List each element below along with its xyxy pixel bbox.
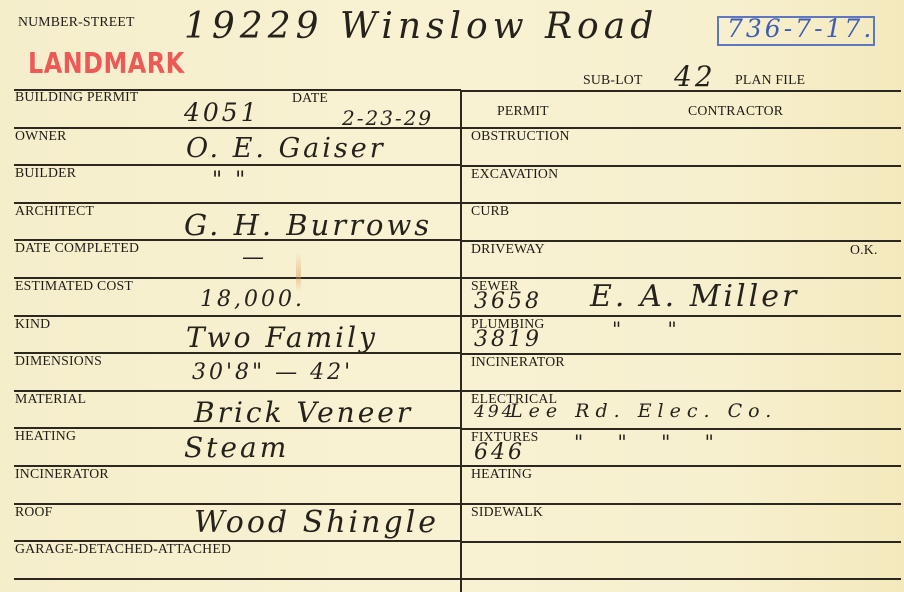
landmark-stamp: LANDMARK	[28, 48, 185, 80]
permit-label-obstruction: OBSTRUCTION	[471, 128, 570, 144]
contractor-fixtures: " " " "	[574, 430, 728, 454]
field-value-roof: Wood Shingle	[194, 505, 439, 540]
permit-number-fixtures: 646	[474, 440, 525, 465]
number-street-value: 19229 Winslow Road	[184, 6, 658, 47]
permit-date-value: 2-23-29	[342, 106, 433, 130]
column-divider	[460, 90, 462, 592]
rule-line-right-top	[461, 90, 901, 92]
paper-stain	[296, 252, 301, 292]
field-value-builder: " "	[212, 168, 248, 193]
rule-line-right	[461, 578, 901, 580]
field-label-material: MATERIAL	[15, 391, 86, 407]
permit-column-header: PERMIT	[497, 103, 549, 119]
field-label-architect: ARCHITECT	[15, 203, 94, 219]
building-permit-label: BUILDING PERMIT	[15, 89, 139, 105]
field-value-kind: Two Family	[186, 321, 378, 354]
field-value-material: Brick Veneer	[194, 396, 413, 429]
note-driveway: O.K.	[850, 242, 878, 258]
field-value-architect: G. H. Burrows	[184, 208, 432, 242]
permit-label-heating: HEATING	[471, 466, 532, 482]
field-label-roof: ROOF	[15, 504, 53, 520]
rule-line-right	[461, 541, 901, 543]
field-label-owner: OWNER	[15, 128, 67, 144]
reference-number: 736-7-17.	[727, 14, 874, 43]
field-value-date-completed: —	[242, 245, 267, 270]
permit-number-plumbing: 3819	[474, 327, 542, 352]
rule-line-left	[14, 164, 461, 166]
date-label: DATE	[292, 90, 328, 106]
field-label-garage-detached-attached: GARAGE-DETACHED-ATTACHED	[15, 541, 231, 557]
permit-number-sewer: 3658	[474, 289, 542, 314]
permit-label-curb: CURB	[471, 203, 509, 219]
sub-lot-value: 42	[674, 60, 716, 93]
field-value-owner: O. E. Gaiser	[186, 133, 386, 164]
plan-file-label: PLAN FILE	[735, 72, 805, 88]
building-permit-value: 4051	[184, 98, 260, 127]
permit-label-driveway: DRIVEWAY	[471, 241, 545, 257]
building-permit-card: NUMBER-STREET 19229 Winslow Road LANDMAR…	[0, 0, 904, 592]
rule-line-right	[461, 202, 901, 204]
field-label-heating: HEATING	[15, 428, 76, 444]
rule-line-left	[14, 315, 461, 317]
permit-label-sidewalk: SIDEWALK	[471, 504, 543, 520]
field-label-builder: BUILDER	[15, 165, 76, 181]
sub-lot-label: SUB-LOT	[583, 72, 643, 88]
contractor-electrical: Lee Rd. Elec. Co.	[510, 400, 777, 422]
field-label-estimated-cost: ESTIMATED COST	[15, 278, 133, 294]
contractor-sewer: E. A. Miller	[590, 279, 799, 314]
field-label-dimensions: DIMENSIONS	[15, 353, 102, 369]
field-label-incinerator: INCINERATOR	[15, 466, 109, 482]
field-value-heating: Steam	[184, 431, 289, 464]
field-label-kind: KIND	[15, 316, 50, 332]
number-street-label: NUMBER-STREET	[18, 14, 135, 30]
permit-label-incinerator: INCINERATOR	[471, 354, 565, 370]
contractor-column-header: CONTRACTOR	[688, 103, 783, 119]
field-value-dimensions: 30'8" — 42'	[192, 360, 353, 385]
contractor-plumbing: " "	[612, 317, 697, 341]
rule-line-left	[14, 578, 461, 580]
field-value-estimated-cost: 18,000.	[200, 287, 305, 312]
field-label-date-completed: DATE COMPLETED	[15, 240, 139, 256]
permit-label-excavation: EXCAVATION	[471, 166, 558, 182]
